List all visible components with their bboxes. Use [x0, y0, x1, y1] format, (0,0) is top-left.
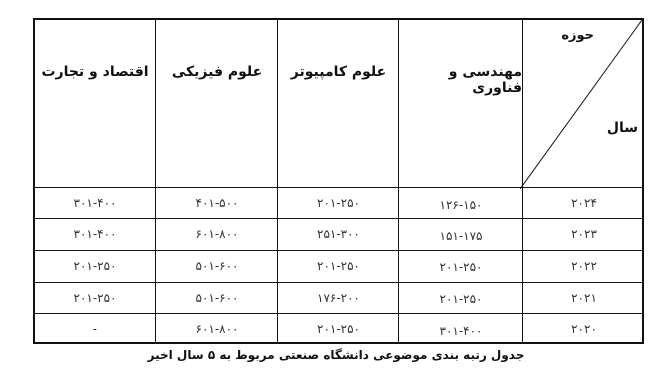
- table-cell: ۶۰۱-۸۰۰: [157, 219, 277, 250]
- table-cell: ۳۰۱-۴۰۰: [35, 219, 155, 250]
- table-cell: ۳۰۱-۴۰۰: [400, 316, 522, 347]
- ranking-table: حوزه سال مهندسی و فناوری علوم کامپیوتر ع…: [33, 18, 644, 344]
- table-cell: ۲۰۱-۲۵۰: [279, 314, 398, 345]
- table-caption: جدول رتبه بندی موضوعی دانشگاه صنعتی مربو…: [0, 348, 672, 362]
- table-cell: ۶۰۱-۸۰۰: [157, 314, 277, 345]
- table-cell-year: ۲۰۲۳: [524, 219, 644, 250]
- table-cell: ۳۰۱-۴۰۰: [35, 188, 155, 219]
- table-cell-year: ۲۰۲۱: [524, 283, 644, 314]
- column-divider: [398, 20, 399, 342]
- table-cell: ۱۲۶-۱۵۰: [400, 190, 522, 221]
- table-cell-year: ۲۰۲۲: [524, 251, 644, 282]
- table-cell: ۵۰۱-۶۰۰: [157, 283, 277, 314]
- table-cell: ۲۰۱-۲۵۰: [400, 252, 522, 283]
- column-header-engineering: مهندسی و فناوری: [400, 20, 522, 189]
- table-cell: ۴۰۱-۵۰۰: [157, 188, 277, 219]
- table-cell: ۵۰۱-۶۰۰: [157, 251, 277, 282]
- column-header-economics: اقتصاد و تجارت: [35, 20, 155, 189]
- table-cell: ۲۰۱-۲۵۰: [35, 283, 155, 314]
- column-header-physical-sciences: علوم فیزیکی: [157, 20, 277, 189]
- diagonal-divider: [520, 20, 642, 189]
- table-cell: ۲۵۱-۳۰۰: [279, 219, 398, 250]
- corner-label-field: حوزه: [561, 28, 594, 43]
- table-cell: ۲۰۱-۲۵۰: [279, 188, 398, 219]
- column-divider: [277, 20, 278, 342]
- table-cell: ۲۰۱-۲۵۰: [400, 284, 522, 315]
- column-header-computer-science: علوم کامپیوتر: [279, 20, 398, 189]
- column-divider: [155, 20, 156, 342]
- table-cell: ۱۷۶-۲۰۰: [279, 283, 398, 314]
- table-cell-year: ۲۰۲۴: [524, 188, 644, 219]
- table-cell: ۲۰۱-۲۵۰: [35, 251, 155, 282]
- table-cell: -: [35, 314, 155, 345]
- table-cell: ۲۰۱-۲۵۰: [279, 251, 398, 282]
- table-cell-year: ۲۰۲۰: [524, 314, 644, 345]
- corner-label-year: سال: [607, 120, 638, 136]
- table-cell: ۱۵۱-۱۷۵: [400, 221, 522, 252]
